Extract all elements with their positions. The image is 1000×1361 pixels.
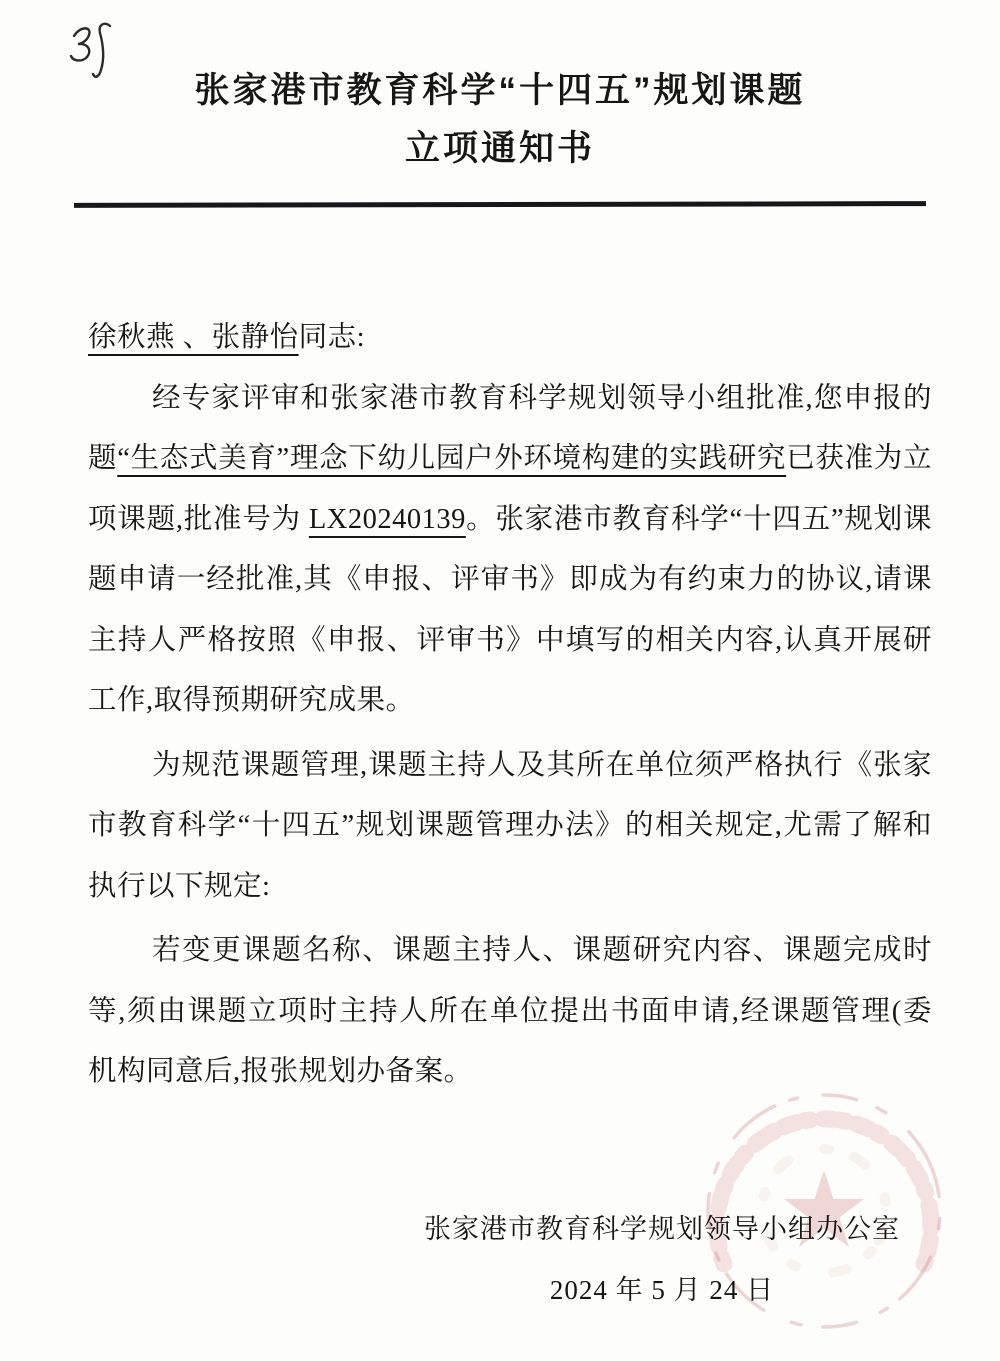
scanned-document-page: 张家港市教育科学“十四五”规划课题 立项通知书 徐秋燕 、张静怡同志: 经专家评… (0, 0, 1000, 1361)
body-line: 市教育科学“十四五”规划课题管理办法》的相关规定,尤需了解和 (88, 796, 932, 857)
body-line: 执行以下规定: (88, 857, 932, 918)
body-text-fragment: 项课题,批准号为 (88, 504, 309, 535)
approval-number: LX20240139 (309, 504, 466, 535)
signature-organization: 张家港市教育科学规划领导小组办公室 (424, 1199, 900, 1260)
salutation-line: 徐秋燕 、张静怡同志: (88, 308, 932, 369)
recipient-names: 徐秋燕 、张静怡 (88, 322, 299, 353)
document-title-line2: 立项通知书 (0, 120, 1000, 178)
title-divider-rule (74, 201, 926, 208)
body-line: 工作,取得预期研究成果。 (88, 671, 932, 732)
project-title: “生态式美育”理念下幼儿园户外环境构建的实践研究 (117, 443, 786, 474)
body-line: 题“生态式美育”理念下幼儿园户外环境构建的实践研究已获准为立 (88, 429, 932, 490)
body-line: 等,须由课题立项时主持人所在单位提出书面申请,经课题管理(委托) (88, 982, 932, 1043)
body-line: 机构同意后,报张规划办备案。 (88, 1042, 932, 1103)
signature-block: 张家港市教育科学规划领导小组办公室 2024 年 5 月 24 日 (424, 1199, 900, 1321)
body-text-fragment: 题 (88, 443, 117, 474)
body-line: 经专家评审和张家港市教育科学规划领导小组批准,您申报的课 (88, 369, 932, 430)
document-title: 张家港市教育科学“十四五”规划课题 立项通知书 (0, 0, 1000, 178)
signature-date: 2024 年 5 月 24 日 (424, 1260, 900, 1321)
body-line: 项课题,批准号为 LX20240139。张家港市教育科学“十四五”规划课 (88, 490, 932, 551)
salutation-suffix: 同志: (299, 322, 365, 353)
letter-body: 徐秋燕 、张静怡同志: 经专家评审和张家港市教育科学规划领导小组批准,您申报的课… (88, 308, 932, 1103)
handwritten-page-number (52, 4, 130, 86)
body-line: 主持人严格按照《申报、评审书》中填写的相关内容,认真开展研究 (88, 611, 932, 672)
body-line: 题申请一经批准,其《申报、评审书》即成为有约束力的协议,请课题 (88, 550, 932, 611)
body-text-fragment: 。张家港市教育科学“十四五”规划课 (466, 504, 932, 535)
body-line: 若变更课题名称、课题主持人、课题研究内容、课题完成时间 (88, 921, 932, 982)
body-text-fragment: 已获准为立 (786, 443, 932, 474)
document-title-line1: 张家港市教育科学“十四五”规划课题 (0, 62, 1000, 120)
body-line: 为规范课题管理,课题主持人及其所在单位须严格执行《张家港 (88, 736, 932, 797)
